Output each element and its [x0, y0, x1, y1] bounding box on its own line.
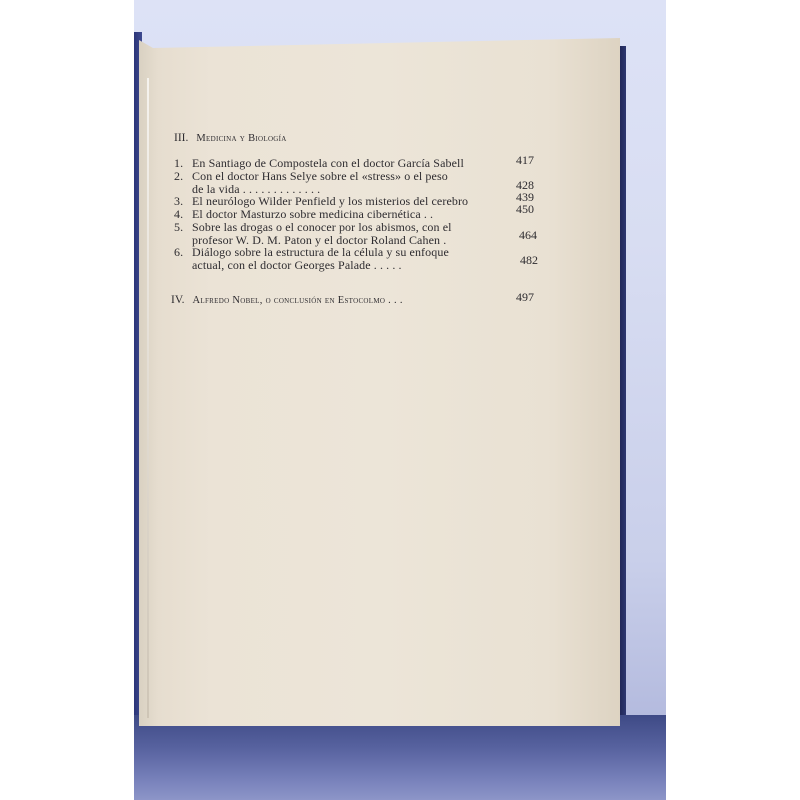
section-title: Medicina y Biología — [196, 133, 286, 144]
book-page: III.Medicina y Biología 1.En Santiago de… — [139, 38, 620, 726]
entry-index: 5. — [174, 221, 192, 234]
entry-index: 2. — [174, 170, 192, 183]
entry-index: 1. — [174, 157, 192, 170]
entry-text: En Santiago de Compostela con el doctor … — [192, 156, 464, 170]
entry-index: 3. — [174, 195, 192, 208]
section-page-number: 497 — [516, 290, 534, 305]
toc-entry: 5.Sobre las drogas o el conocer por los … — [174, 221, 452, 246]
section-numeral: IV. — [171, 294, 185, 306]
entry-text: El doctor Masturzo sobre medicina cibern… — [192, 207, 433, 221]
section-numeral: III. — [174, 132, 188, 144]
entry-page-number: 450 — [516, 202, 534, 217]
section-heading-iii: III.Medicina y Biología — [174, 132, 287, 144]
toc-entry: 4.El doctor Masturzo sobre medicina cibe… — [174, 208, 433, 221]
section-title: Alfredo Nobel, o conclusión en Estocolmo… — [193, 295, 403, 306]
entry-index: 6. — [174, 246, 192, 259]
entry-index: 4. — [174, 208, 192, 221]
entry-page-number: 464 — [519, 228, 537, 243]
entry-text: Diálogo sobre la estructura de la célula… — [192, 245, 449, 259]
section-heading-iv: IV.Alfredo Nobel, o conclusión en Estoco… — [171, 294, 403, 306]
toc-entry: 2.Con el doctor Hans Selye sobre el «str… — [174, 170, 448, 195]
toc-entry: 1.En Santiago de Compostela con el docto… — [174, 157, 464, 170]
toc-entry: 6.Diálogo sobre la estructura de la célu… — [174, 246, 449, 271]
entry-text-continuation: actual, con el doctor Georges Palade . .… — [174, 259, 449, 272]
page-gutter — [147, 78, 149, 718]
book-photo: III.Medicina y Biología 1.En Santiago de… — [134, 0, 666, 800]
entry-page-number: 482 — [520, 253, 538, 268]
entry-text: Sobre las drogas o el conocer por los ab… — [192, 220, 452, 234]
toc-entry: 3.El neurólogo Wilder Penfield y los mis… — [174, 195, 468, 208]
entry-text: El neurólogo Wilder Penfield y los miste… — [192, 194, 468, 208]
entry-text: Con el doctor Hans Selye sobre el «stres… — [192, 169, 448, 183]
book-cover-bottom — [134, 715, 666, 800]
entry-page-number: 417 — [516, 153, 534, 168]
